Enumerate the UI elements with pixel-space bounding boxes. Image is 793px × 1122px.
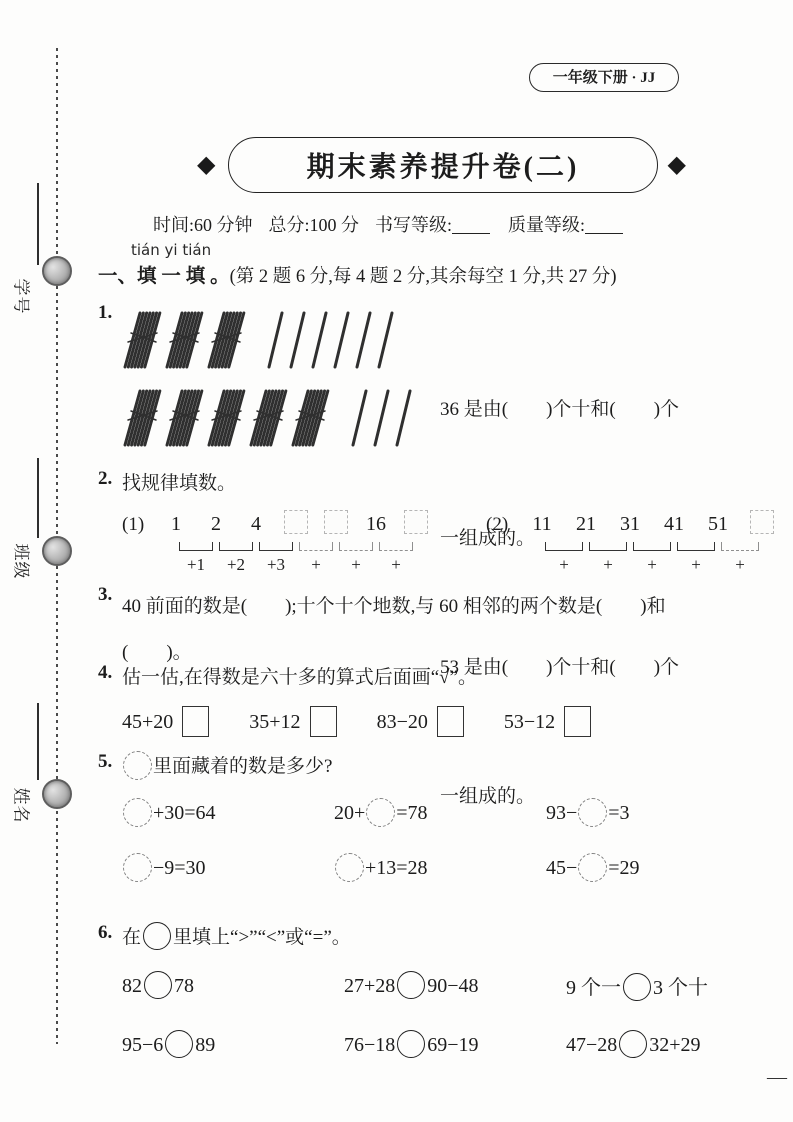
step-operation: +2 — [216, 555, 256, 575]
q1-line: 36 是由( )个十和( )个 — [440, 388, 788, 431]
single-stick-icon — [354, 308, 374, 372]
equation: 93−=3 — [546, 798, 788, 827]
step-bracket — [545, 542, 583, 551]
blank-circle[interactable] — [397, 1030, 425, 1058]
comparison: 8278 — [122, 971, 344, 1001]
step-operation[interactable]: + — [718, 555, 762, 575]
grade-edition-badge: 一年级下册 · JJ — [529, 63, 679, 92]
question-2: 2. 找规律填数。 (1)12416+1+2+3+++ (2)112131415… — [98, 468, 788, 575]
step-bracket — [677, 542, 715, 551]
exam-title: 期末素养提升卷(二) — [307, 145, 580, 185]
step-bracket — [299, 542, 333, 551]
sidebar-label-class: 班级 — [11, 541, 36, 583]
comparison: 27+2890−48 — [344, 971, 566, 1001]
stick-bundle-icon — [206, 308, 246, 372]
question-title: 找规律填数。 — [122, 468, 788, 495]
single-stick-icon — [394, 386, 414, 450]
step-operation: +3 — [256, 555, 296, 575]
answer-box[interactable] — [404, 510, 428, 534]
sequence-blank[interactable] — [396, 510, 436, 536]
single-stick-icon — [266, 308, 286, 372]
question-number: 6. — [98, 922, 122, 1058]
question-title: 里面藏着的数是多少? — [122, 751, 788, 780]
diamond-ornament-icon: ◆ — [668, 153, 689, 177]
question-6: 6. 在里填上“>”“<”或“=”。 8278 27+2890−48 9 个一3… — [98, 922, 788, 1058]
check-box[interactable] — [564, 706, 591, 737]
blank-circle[interactable] — [123, 853, 152, 882]
question-4: 4. 估一估,在得数是六十多的算式后面画“√”。 45+2035+1283−20… — [98, 662, 788, 737]
expression: 45+20 — [122, 711, 173, 733]
single-stick-icon — [332, 308, 352, 372]
step-operation[interactable]: + — [296, 555, 336, 575]
blank-circle[interactable] — [123, 798, 152, 827]
writing-grade-label: 书写等级: — [375, 215, 452, 235]
single-stick-icon — [376, 308, 396, 372]
blank-circle[interactable] — [366, 798, 395, 827]
blank-circle[interactable] — [578, 798, 607, 827]
seal-icon — [42, 256, 72, 286]
step-operation[interactable]: + — [586, 555, 630, 575]
single-stick-icon — [350, 386, 370, 450]
answer-box[interactable] — [750, 510, 774, 534]
diamond-ornament-icon: ◆ — [197, 153, 218, 177]
answer-box[interactable] — [284, 510, 308, 534]
stick-bundle-icon — [164, 308, 204, 372]
quality-grade-label: 质量等级: — [508, 215, 585, 235]
question-title: 在里填上“>”“<”或“=”。 — [122, 922, 788, 950]
stick-bundle-icon — [290, 386, 330, 450]
question-title: 估一估,在得数是六十多的算式后面画“√”。 — [122, 662, 788, 689]
comparison: 9 个一3 个十 — [566, 971, 788, 1001]
stick-bundle-icon — [122, 308, 162, 372]
check-box[interactable] — [310, 706, 337, 737]
step-bracket — [219, 542, 253, 551]
step-bracket — [589, 542, 627, 551]
step-bracket — [633, 542, 671, 551]
step-bracket — [721, 542, 759, 551]
sequence-number: 4 — [236, 513, 276, 536]
equation: 45−=29 — [546, 853, 788, 882]
sequence-number: 1 — [156, 513, 196, 536]
q6-comparisons: 8278 27+2890−48 9 个一3 个十 95−689 76−1869−… — [122, 971, 788, 1058]
step-bracket — [379, 542, 413, 551]
check-box[interactable] — [182, 706, 209, 737]
sequence-number: 41 — [652, 513, 696, 536]
blank-circle[interactable] — [144, 971, 172, 999]
q5-equations: +30=64 20+=78 93−=3 −9=30 +13=28 45−=29 — [122, 798, 788, 882]
seal-icon — [42, 779, 72, 809]
single-stick-icon — [372, 386, 392, 450]
expression: 35+12 — [249, 711, 300, 733]
stick-row-53 — [122, 386, 440, 454]
blank-circle[interactable] — [165, 1030, 193, 1058]
part-label: (1) — [122, 514, 156, 536]
sequence-blank[interactable] — [276, 510, 316, 536]
question-number: 2. — [98, 468, 122, 575]
step-bracket — [179, 542, 213, 551]
question-5: 5. 里面藏着的数是多少? +30=64 20+=78 93−=3 −9=30 … — [98, 751, 788, 882]
sequence-number: 16 — [356, 513, 396, 536]
step-operation[interactable]: + — [630, 555, 674, 575]
exam-time: 时间:60 分钟 — [153, 215, 253, 235]
step-operation[interactable]: + — [336, 555, 376, 575]
sidebar-label-name: 姓名 — [11, 785, 36, 827]
step-bracket — [259, 542, 293, 551]
number-sequence-1: (1)12416+1+2+3+++ — [122, 510, 436, 575]
equation: +13=28 — [334, 853, 546, 882]
question-number: 4. — [98, 662, 122, 737]
single-sticks-group — [266, 308, 398, 372]
section-heading: 一、填 一 填 。(第 2 题 6 分,每 4 题 2 分,其余每空 1 分,共… — [98, 260, 617, 288]
exam-total-score: 总分:100 分 — [269, 215, 360, 235]
sequence-blank[interactable] — [740, 510, 784, 536]
expression: 53−12 — [504, 711, 555, 733]
equation: +30=64 — [122, 798, 334, 827]
stick-bundle-icon — [164, 386, 204, 450]
exam-meta-line: 时间:60 分钟总分:100 分书写等级:质量等级: — [153, 211, 623, 237]
blank-circle[interactable] — [335, 853, 364, 882]
seal-icon — [42, 536, 72, 566]
q3-line: 40 前面的数是( );十个十个地数,与 60 相邻的两个数是( )和 — [122, 584, 788, 630]
sequence-number: 2 — [196, 513, 236, 536]
check-box[interactable] — [437, 706, 464, 737]
sequence-blank[interactable] — [316, 510, 356, 536]
section-pinyin: tián yi tián — [131, 241, 211, 259]
blank-circle[interactable] — [619, 1030, 647, 1058]
answer-box[interactable] — [324, 510, 348, 534]
blank-circle[interactable] — [578, 853, 607, 882]
blank-circle[interactable] — [123, 751, 152, 780]
exam-title-banner: ◆ 期末素养提升卷(二) ◆ — [228, 137, 658, 193]
sequence-number: 51 — [696, 513, 740, 536]
section-name: 一、填 一 填 。 — [98, 266, 230, 287]
blank-circle[interactable] — [623, 973, 651, 1001]
page-number-dash: — — [767, 1066, 787, 1089]
blank-circle[interactable] — [397, 971, 425, 999]
quality-grade-blank[interactable] — [585, 215, 623, 234]
comparison: 95−689 — [122, 1030, 344, 1058]
class-write-line[interactable] — [37, 458, 39, 538]
name-write-line[interactable] — [37, 703, 39, 780]
student-id-write-line[interactable] — [37, 183, 39, 265]
step-operation[interactable]: + — [542, 555, 586, 575]
question-number: 5. — [98, 751, 122, 882]
expression: 83−20 — [377, 711, 428, 733]
step-operation[interactable]: + — [674, 555, 718, 575]
stick-bundle-icon — [206, 386, 246, 450]
single-sticks-group — [350, 386, 416, 450]
number-sequence-2: (2)1121314151+++++ — [486, 510, 784, 575]
step-operation: +1 — [176, 555, 216, 575]
blank-circle[interactable] — [143, 922, 171, 950]
single-stick-icon — [288, 308, 308, 372]
sequence-number: 31 — [608, 513, 652, 536]
sequence-number: 11 — [520, 513, 564, 536]
sidebar-label-student-id: 学号 — [11, 276, 36, 318]
part-label: (2) — [486, 514, 520, 536]
comparison: 76−1869−19 — [344, 1030, 566, 1058]
stick-bundle-icon — [248, 386, 288, 450]
single-stick-icon — [310, 308, 330, 372]
section-score-note: (第 2 题 6 分,每 4 题 2 分,其余每空 1 分,共 27 分) — [230, 267, 617, 287]
equation: 20+=78 — [334, 798, 546, 827]
step-operation[interactable]: + — [376, 555, 416, 575]
equation: −9=30 — [122, 853, 334, 882]
writing-grade-blank[interactable] — [452, 215, 490, 234]
comparison: 47−2832+29 — [566, 1030, 788, 1058]
stick-row-36 — [122, 308, 440, 376]
stick-bundle-icon — [122, 386, 162, 450]
sequence-number: 21 — [564, 513, 608, 536]
q4-expressions: 45+2035+1283−2053−12 — [122, 706, 788, 737]
step-bracket — [339, 542, 373, 551]
